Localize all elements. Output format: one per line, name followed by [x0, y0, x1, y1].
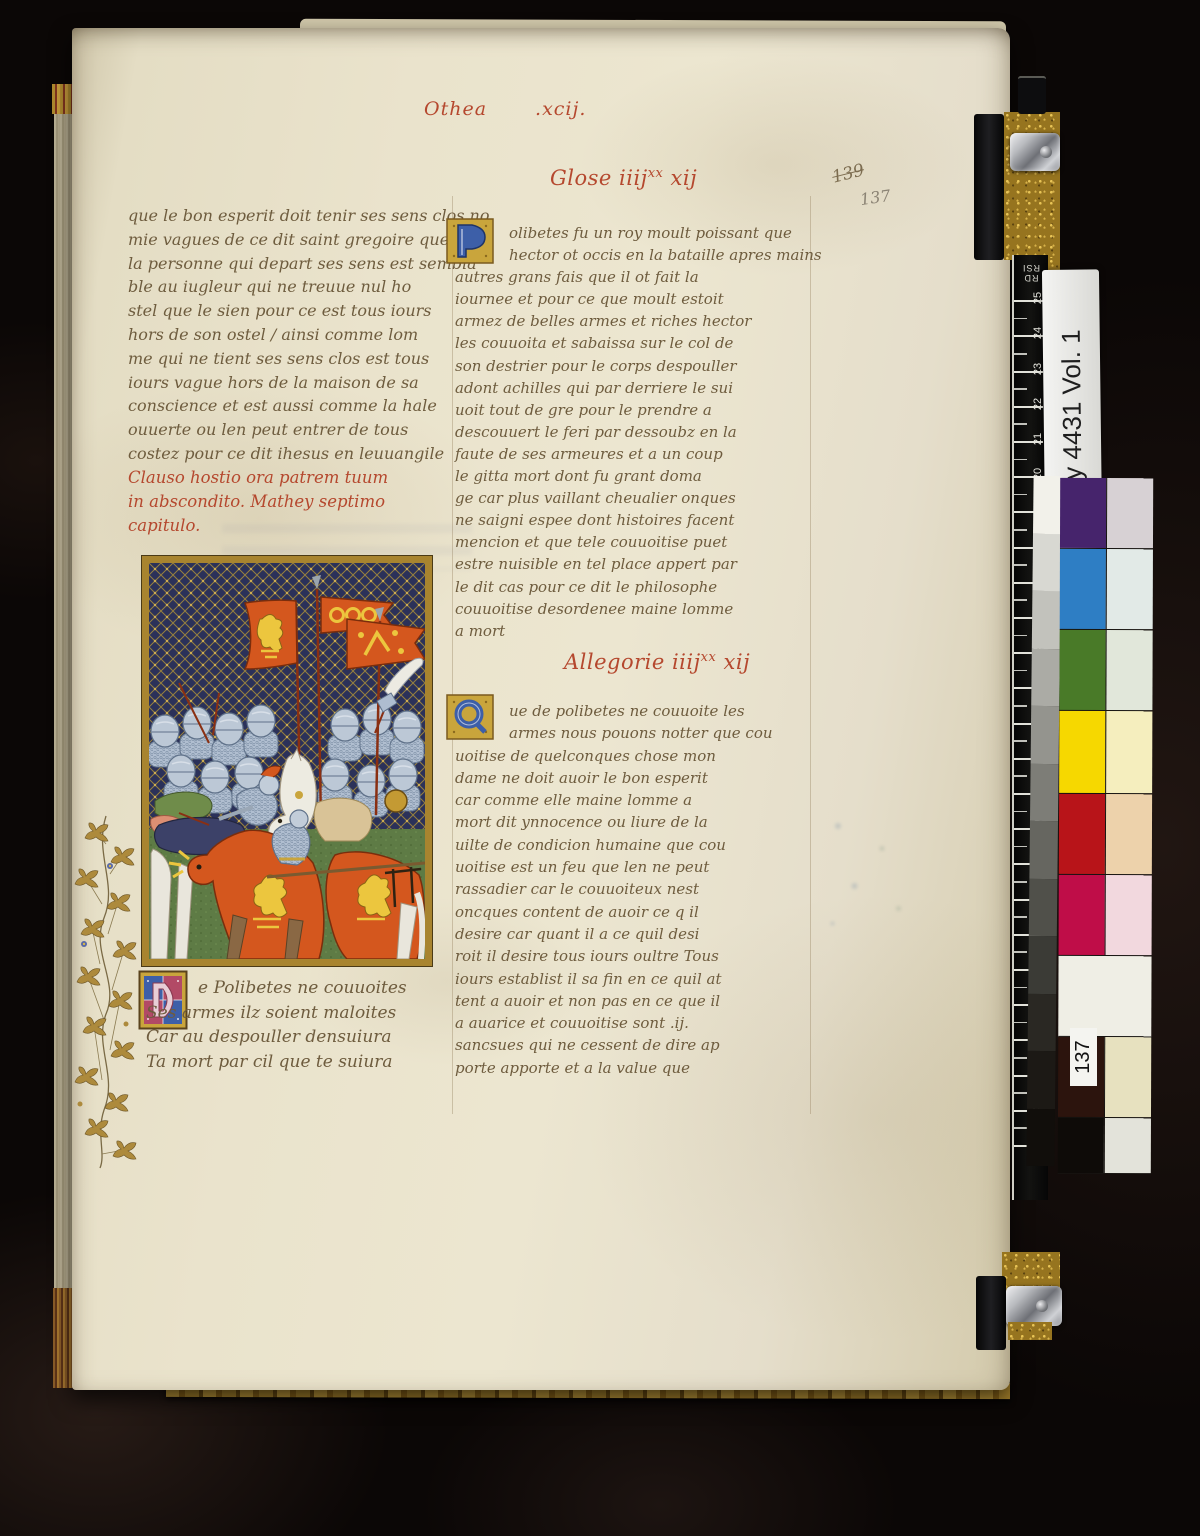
- folio-number-old: 139: [830, 160, 866, 187]
- grayscale-step: [1029, 878, 1058, 936]
- ruler-tick-minor: [1014, 670, 1027, 672]
- running-header-title: Othea: [424, 98, 487, 120]
- text-line: olibetes fu un roy moult poissant que: [455, 222, 809, 244]
- ruling-line: [810, 196, 811, 1114]
- color-patch: [1059, 711, 1105, 793]
- photo-stage: Othea .xcij. 139 137 que le bon esperit …: [0, 0, 1200, 1536]
- text-line: uilte de condicion humaine que cou: [455, 834, 809, 856]
- text-line: armez de belles armes et riches hector: [455, 310, 809, 332]
- text-line: les couuoita et sabaissa sur le col de: [455, 332, 809, 354]
- text-line: iournee et pour ce que moult estoit: [455, 288, 809, 310]
- color-patch: [1058, 1118, 1104, 1173]
- ruler-tick-minor: [1014, 564, 1027, 566]
- text-line: uoitise est un feu que len ne peut: [455, 856, 809, 878]
- ruler-tick-minor: [1014, 599, 1027, 601]
- folio-number-pencil: 137: [859, 186, 892, 209]
- text-line: roit il desire tous iours oultre Tous: [455, 945, 809, 967]
- miniature-battle-scene: [142, 556, 432, 966]
- ruler-tick-minor: [1014, 459, 1027, 461]
- grayscale-step: [1029, 821, 1058, 879]
- text-line: hector ot occis en la bataille apres mai…: [455, 244, 809, 266]
- allegorie-text: ue de polibetes ne couuoite lesarmes nou…: [455, 700, 809, 1079]
- ruler-tick-minor: [1014, 494, 1027, 496]
- verse-text: e Polibetes ne couuoitesSes armes ilz so…: [146, 976, 476, 1074]
- clip-screw: [1036, 1300, 1048, 1312]
- ruler-number: 21: [1032, 429, 1044, 449]
- text-line: costez pour ce dit ihesus en leuuangile: [128, 442, 470, 466]
- text-line: couuoitise desordenee maine lomme: [455, 598, 809, 620]
- allegorie-header-number: xij: [716, 650, 750, 674]
- manuscript-page: Othea .xcij. 139 137 que le bon esperit …: [72, 28, 1010, 1390]
- text-line: Ta mort par cil que te suiura: [146, 1050, 476, 1075]
- color-patch: [1105, 630, 1152, 710]
- color-patch: [1104, 1118, 1151, 1173]
- allegorie-header: Allegorie iiijxx xij: [564, 650, 750, 674]
- text-line: adont achilles qui par derriere le sui: [455, 377, 809, 399]
- color-patch-row: [1059, 711, 1152, 794]
- text-line: armes nous pouons notter que cou: [455, 722, 809, 744]
- color-patch: [1060, 549, 1106, 629]
- ruler-tick-minor: [1014, 951, 1027, 953]
- grayscale-step: [1032, 533, 1061, 591]
- ruler-number: 22: [1032, 394, 1044, 414]
- ruler-tick-minor: [1014, 529, 1027, 531]
- text-line: le dit cas pour ce dit le philosophe: [455, 576, 809, 598]
- text-line: ge car plus vaillant cheualier onques: [455, 487, 809, 509]
- color-patch-row: [1060, 478, 1153, 549]
- text-line: Clauso hostio ora patrem tuum: [128, 466, 470, 490]
- text-line: le gitta mort dont fu grant doma: [455, 465, 809, 487]
- text-line: uoitise de quelconques chose mon: [455, 745, 809, 767]
- ruler-tick-minor: [1014, 353, 1027, 355]
- running-header-number: .xcij.: [535, 98, 586, 120]
- grayscale-step: [1028, 936, 1057, 994]
- allegorie-header-text: Allegorie iiij: [564, 650, 701, 674]
- text-line: la personne qui depart ses sens est semb…: [128, 252, 470, 276]
- color-patch-row: [1059, 794, 1152, 875]
- text-line: a auarice et couuoitise sont .ij.: [455, 1012, 809, 1034]
- gilt-edge-bottom-right-sliver: [1008, 1322, 1052, 1340]
- text-line: descouuert le feri par dessoubz en la: [455, 421, 809, 443]
- text-line: faute de ses armeures et a un coup: [455, 443, 809, 465]
- text-line: uoit tout de gre pour le prendre a: [455, 399, 809, 421]
- text-line: mencion et que tele couuoitise puet: [455, 531, 809, 553]
- grayscale-step: [1027, 1051, 1056, 1109]
- ruler-tick-minor: [1014, 881, 1027, 883]
- text-line: estre nuisible en tel place appert par: [455, 553, 809, 575]
- folio-number-sticker: 137: [1070, 1028, 1097, 1086]
- text-line: a mort: [455, 620, 809, 642]
- glose-header-text: Glose iiij: [550, 166, 648, 190]
- grayscale-step: [1031, 706, 1060, 764]
- text-line: Car au despouller densuiura: [146, 1025, 476, 1050]
- grayscale-calibration-bar: [1026, 476, 1061, 1166]
- grayscale-step: [1031, 648, 1060, 706]
- text-line: stel que le sien pour ce est tous iours: [128, 299, 470, 323]
- miniature-art: [149, 563, 425, 959]
- ruler-tick-minor: [1014, 318, 1027, 320]
- text-line: iours vague hors de la maison de sa: [128, 371, 470, 395]
- color-patch: [1104, 1037, 1151, 1117]
- text-line: me qui ne tient ses sens clos est tous: [128, 347, 470, 371]
- text-line: desire car quant il a ce quil desi: [455, 923, 809, 945]
- ruler-tick-minor: [1014, 740, 1027, 742]
- color-patch-row: [1059, 630, 1152, 711]
- grayscale-step: [1032, 591, 1061, 649]
- text-line: e Polibetes ne couuoites: [146, 976, 476, 1001]
- ruler-tick-minor: [1014, 388, 1027, 390]
- text-line: ouuerte ou len peut entrer de tous: [128, 418, 470, 442]
- glose-header: Glose iiijxx xij: [550, 166, 697, 190]
- glose-header-superscript: xx: [648, 166, 664, 181]
- color-patch-row: [1058, 956, 1151, 1037]
- grayscale-step: [1030, 763, 1059, 821]
- text-line: conscience et est aussi comme la hale: [128, 394, 470, 418]
- text-line: tent a auoir et non pas en ce que il: [455, 990, 809, 1012]
- text-line: dame ne doit auoir le bon esperit: [455, 767, 809, 789]
- color-patch: [1059, 875, 1105, 955]
- page-clip-bottom: [1006, 1286, 1062, 1326]
- text-line: rassadier car le couuoiteux nest: [455, 878, 809, 900]
- grayscale-step: [1026, 1108, 1055, 1166]
- text-line: mie vagues de ce dit saint gregoire que: [128, 228, 470, 252]
- allegorie-header-superscript: xx: [701, 650, 717, 665]
- strap-end-tag: [1018, 76, 1046, 114]
- color-patch: [1059, 794, 1105, 874]
- text-line: hors de son ostel / ainsi comme lom: [128, 323, 470, 347]
- ruler-tick-minor: [1014, 635, 1027, 637]
- left-column-text: que le bon esperit doit tenir ses sens c…: [128, 204, 470, 466]
- color-patch-row: [1060, 549, 1153, 630]
- text-line: sancsues qui ne cessent de dire ap: [455, 1034, 809, 1056]
- ruler-tick-minor: [1014, 1057, 1027, 1059]
- running-header: Othea .xcij.: [424, 98, 586, 120]
- color-patch: [1106, 549, 1153, 629]
- text-line: que le bon esperit doit tenir ses sens c…: [128, 204, 470, 228]
- text-line: ble au iugleur qui ne treuue nul ho: [128, 275, 470, 299]
- text-line: oncques content de auoir ce q il: [455, 901, 809, 923]
- grayscale-step: [1033, 476, 1062, 534]
- ruler-tick-minor: [1014, 987, 1027, 989]
- clip-screw: [1040, 146, 1052, 158]
- color-patch: [1105, 875, 1152, 955]
- glose-header-number: xij: [663, 166, 697, 190]
- color-patch: [1106, 478, 1153, 548]
- text-line: porte apporte et a la value que: [455, 1057, 809, 1079]
- text-line: car comme elle maine lomme a: [455, 789, 809, 811]
- ruler-tick-minor: [1014, 1022, 1027, 1024]
- color-patch: [1105, 794, 1152, 874]
- color-patch-row: [1059, 875, 1152, 956]
- ruler-tick-minor: [1014, 916, 1027, 918]
- ruler-tick-minor: [1014, 1127, 1027, 1129]
- text-line: ue de polibetes ne couuoite les: [455, 700, 809, 722]
- text-line: autres grans fais que il ot fait la: [455, 266, 809, 288]
- show-through-marks: [816, 796, 926, 946]
- color-patch-row: [1058, 1118, 1151, 1174]
- ruler-tick-minor: [1014, 775, 1027, 777]
- grayscale-step: [1028, 993, 1057, 1051]
- retaining-strap-top: [974, 114, 1004, 260]
- page-clip-top: [1010, 133, 1060, 171]
- color-patch: [1060, 478, 1106, 548]
- ruler-tick-minor: [1014, 423, 1027, 425]
- ruler-tick-minor: [1014, 705, 1027, 707]
- vine-border-decoration: [66, 814, 142, 1170]
- text-line: mort dit ynnocence ou liure de la: [455, 811, 809, 833]
- text-line: ne saigni espee dont histoires facent: [455, 509, 809, 531]
- retaining-strap-bottom: [976, 1276, 1006, 1350]
- ruler-tick-minor: [1014, 846, 1027, 848]
- text-line: Ses armes ilz soient maloites: [146, 1001, 476, 1026]
- text-line: in abscondito. Mathey septimo: [128, 490, 470, 514]
- text-line: son destrier pour le corps despouller: [455, 355, 809, 377]
- ruler-tick-minor: [1014, 811, 1027, 813]
- color-patch: [1105, 711, 1152, 793]
- ruler-tick-minor: [1014, 1092, 1027, 1094]
- glose-text: olibetes fu un roy moult poissant quehec…: [455, 222, 809, 642]
- color-patch: [1059, 630, 1105, 710]
- text-line: iours establist il sa fin en ce quil at: [455, 968, 809, 990]
